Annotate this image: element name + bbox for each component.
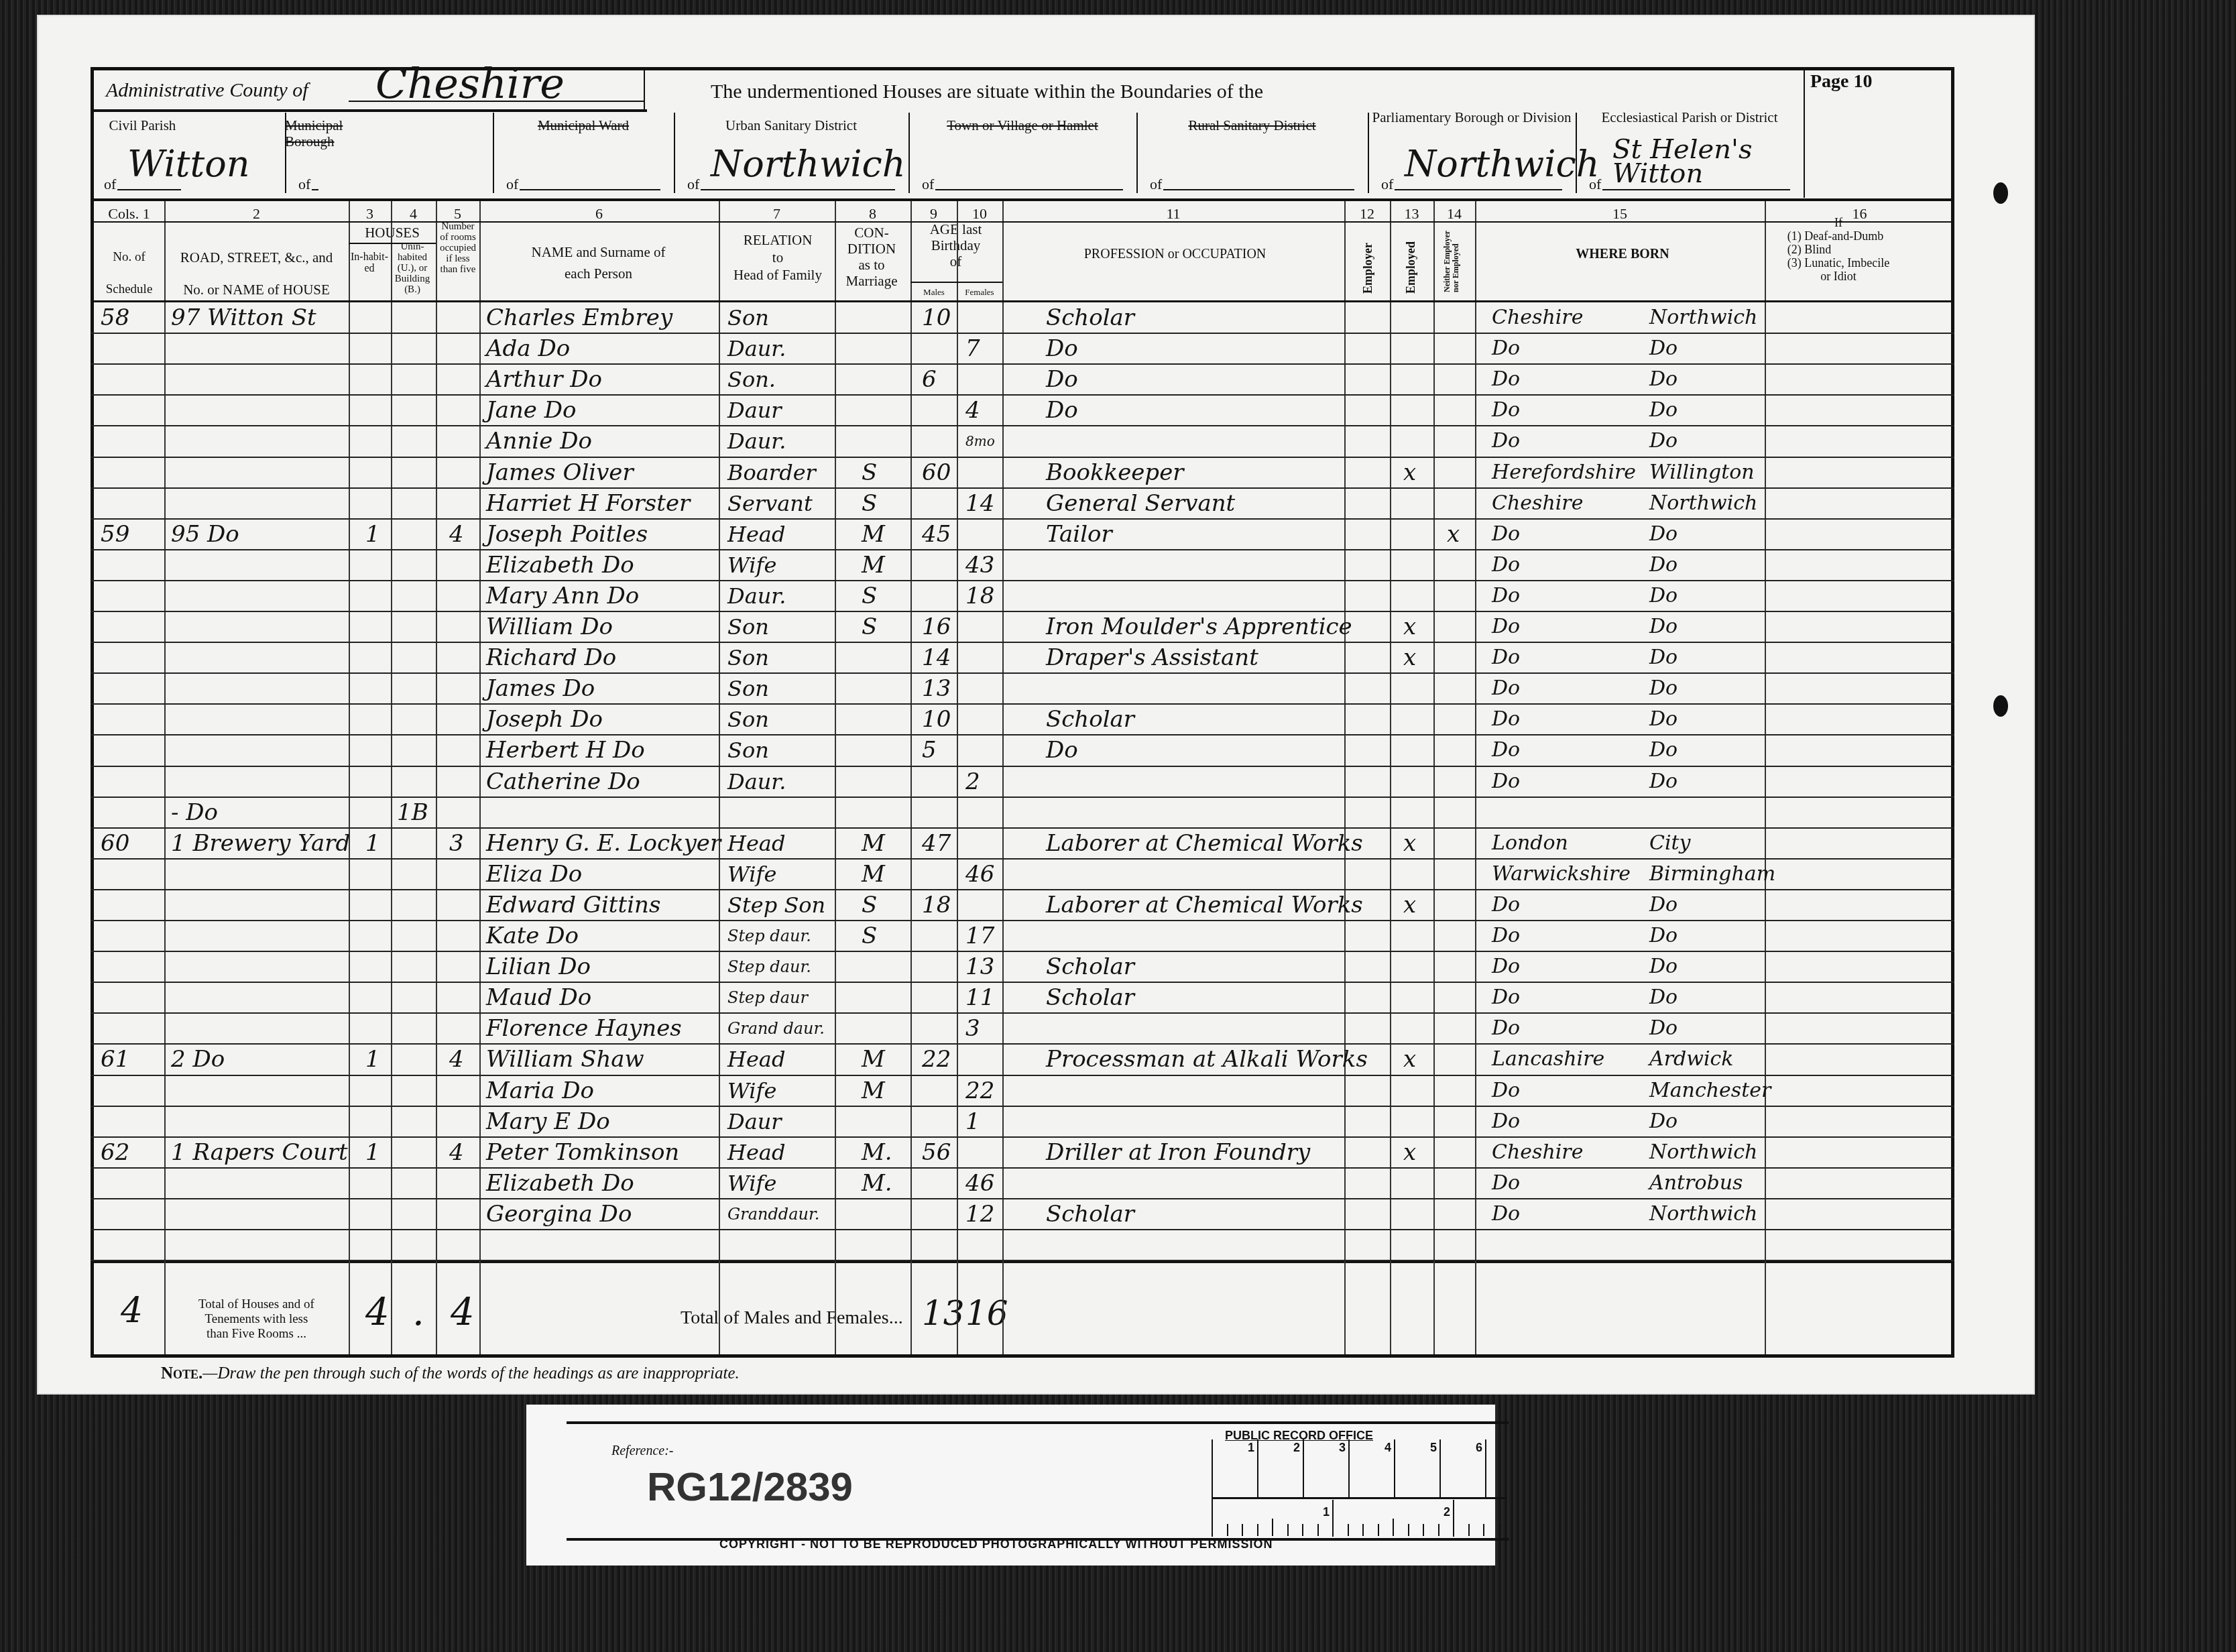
row-inhabited: 1 bbox=[365, 1046, 380, 1073]
district-label-5: Town or Village or Hamlet bbox=[908, 117, 1136, 133]
row-rule bbox=[91, 394, 1954, 396]
ruler-minor-tick bbox=[1227, 1524, 1228, 1536]
row-rule bbox=[91, 827, 1954, 829]
col-header-relation: RELATIONtoHead of Family bbox=[721, 231, 835, 284]
district-value-4: Northwich bbox=[711, 144, 905, 184]
col-num-6: 6 bbox=[479, 205, 719, 223]
col-header-employer: Employer bbox=[1361, 227, 1375, 294]
row-rule bbox=[91, 1260, 1954, 1261]
ruler-minor-tick bbox=[1257, 1524, 1258, 1536]
row-name: James Do bbox=[486, 675, 595, 702]
row-born-place: Do bbox=[1649, 397, 1678, 424]
district-of-label: of bbox=[506, 176, 518, 193]
row-relation: Daur. bbox=[727, 428, 786, 455]
row-relation: Daur bbox=[727, 397, 782, 424]
row-relation: Daur. bbox=[727, 583, 786, 609]
column-divider bbox=[719, 201, 720, 1354]
row-born-county: Do bbox=[1492, 335, 1520, 362]
row-born-place: Do bbox=[1649, 552, 1678, 579]
header-rule bbox=[91, 221, 1954, 223]
column-divider bbox=[1344, 201, 1346, 1354]
row-name: William Do bbox=[486, 613, 613, 640]
slip-copyright: COPYRIGHT - NOT TO BE REPRODUCED PHOTOGR… bbox=[719, 1537, 1273, 1551]
row-female-age: 7 bbox=[965, 335, 980, 362]
row-relation: Son bbox=[727, 675, 769, 702]
row-name: Richard Do bbox=[486, 644, 616, 671]
row-female-age: 18 bbox=[965, 583, 994, 609]
district-label-3: Municipal Ward bbox=[493, 117, 674, 133]
column-divider bbox=[349, 201, 350, 1354]
ruler-minor-tick bbox=[1317, 1524, 1319, 1536]
col-num-16: 16 bbox=[1765, 205, 1954, 223]
row-occupation: Do bbox=[1046, 366, 1078, 393]
column-divider bbox=[1433, 201, 1435, 1354]
row-condition: S bbox=[862, 490, 877, 517]
ruler-minor-tick bbox=[1332, 1519, 1334, 1536]
row-name: James Oliver bbox=[486, 459, 634, 486]
row-name: Harriet H Forster bbox=[486, 490, 690, 517]
col-header-males: Males bbox=[912, 284, 956, 300]
col-num-7: 7 bbox=[719, 205, 835, 223]
row-female-age: 12 bbox=[965, 1201, 994, 1228]
col-header-employed: Employed bbox=[1404, 227, 1418, 294]
age-rule bbox=[910, 282, 1002, 283]
row-neither: x bbox=[1447, 521, 1460, 548]
row-occupation: Processman at Alkali Works bbox=[1046, 1046, 1368, 1073]
total-houses-label: Total of Houses and of Tenements with le… bbox=[168, 1297, 345, 1342]
row-born-county: Do bbox=[1492, 521, 1520, 548]
row-born-place: Do bbox=[1649, 335, 1678, 362]
row-name: Charles Embrey bbox=[486, 304, 672, 331]
row-rule bbox=[91, 951, 1954, 952]
row-relation: Granddaur. bbox=[727, 1201, 819, 1228]
col-header-females: Females bbox=[957, 284, 1002, 300]
row-born-place: Do bbox=[1649, 923, 1678, 949]
column-divider bbox=[436, 201, 437, 1354]
column-divider bbox=[1765, 201, 1766, 1354]
col-num-9: 9 bbox=[910, 205, 957, 223]
row-born-place: Birmingham bbox=[1649, 861, 1775, 888]
col-num-8: 8 bbox=[835, 205, 910, 223]
row-relation: Daur. bbox=[727, 335, 786, 362]
row-occupation: Scholar bbox=[1046, 953, 1134, 980]
row-occupation: Driller at Iron Foundry bbox=[1046, 1139, 1310, 1166]
row-condition: M bbox=[862, 861, 885, 888]
district-value-7: Northwich bbox=[1405, 144, 1572, 184]
ruler-top-tick bbox=[1485, 1439, 1486, 1497]
column-divider bbox=[479, 201, 481, 1354]
row-name: Georgina Do bbox=[486, 1201, 632, 1228]
col-num-3: 3 bbox=[349, 205, 391, 223]
row-born-county: Do bbox=[1492, 1201, 1520, 1228]
row-condition: M bbox=[862, 521, 885, 548]
district-of-label: of bbox=[298, 176, 310, 193]
district-underline bbox=[1395, 189, 1562, 190]
row-male-age: 60 bbox=[922, 459, 951, 486]
row-relation: Step daur. bbox=[727, 923, 811, 949]
row-occupation: Scholar bbox=[1046, 304, 1134, 331]
col-num-11: 11 bbox=[1002, 205, 1344, 223]
row-rule bbox=[91, 734, 1954, 735]
total-schedules: 4 bbox=[121, 1291, 143, 1331]
header-bottom-rule bbox=[91, 300, 1954, 302]
row-born-place: Northwich bbox=[1649, 304, 1757, 331]
row-born-county: Do bbox=[1492, 366, 1520, 393]
col-num-1: Cols. 1 bbox=[94, 205, 164, 223]
district-of-label: of bbox=[922, 176, 934, 193]
district-divider bbox=[1804, 67, 1805, 198]
row-name: Lilian Do bbox=[486, 953, 591, 980]
row-born-county: Do bbox=[1492, 1077, 1520, 1104]
ruler-minor-tick bbox=[1408, 1524, 1409, 1536]
row-rule bbox=[91, 1167, 1954, 1169]
ruler-top-number: 6 bbox=[1476, 1441, 1482, 1455]
row-rule bbox=[91, 889, 1954, 890]
row-schedule: 60 bbox=[101, 830, 129, 857]
row-condition: M. bbox=[862, 1139, 892, 1166]
column-divider bbox=[164, 201, 166, 1354]
row-rooms: 4 bbox=[449, 1139, 464, 1166]
row-male-age: 22 bbox=[922, 1046, 951, 1073]
row-born-county: Do bbox=[1492, 552, 1520, 579]
row-born-county: Do bbox=[1492, 1108, 1520, 1135]
row-rule bbox=[91, 611, 1954, 612]
row-occupation: Do bbox=[1046, 335, 1078, 362]
district-of-label: of bbox=[1589, 176, 1601, 193]
row-born-place: Do bbox=[1649, 1015, 1678, 1042]
row-name: Catherine Do bbox=[486, 768, 640, 795]
row-relation: Step Son bbox=[727, 892, 825, 919]
district-of-label: of bbox=[1150, 176, 1162, 193]
row-relation: Son bbox=[727, 706, 769, 733]
row-rule bbox=[91, 1136, 1954, 1138]
row-employed: x bbox=[1403, 892, 1416, 919]
ruler-top-tick bbox=[1439, 1439, 1441, 1497]
column-divider bbox=[1002, 201, 1004, 1354]
row-address: 1 Brewery Yard bbox=[171, 830, 350, 857]
col-header-occupation: PROFESSION or OCCUPATION bbox=[1006, 246, 1344, 262]
row-name: Maud Do bbox=[486, 984, 591, 1011]
column-divider bbox=[910, 201, 912, 1354]
row-female-age: 13 bbox=[965, 953, 994, 980]
row-relation: Son bbox=[727, 304, 769, 331]
col-num-2: 2 bbox=[164, 205, 349, 223]
row-condition: S bbox=[862, 892, 877, 919]
row-condition: S bbox=[862, 459, 877, 486]
row-male-age: 5 bbox=[922, 737, 937, 764]
total-uninhabited: . bbox=[412, 1291, 424, 1334]
row-born-county: Do bbox=[1492, 1015, 1520, 1042]
row-occupation: Scholar bbox=[1046, 984, 1134, 1011]
row-born-county: Do bbox=[1492, 706, 1520, 733]
ruler-top-number: 2 bbox=[1293, 1441, 1300, 1455]
ruler-top-number: 4 bbox=[1385, 1441, 1391, 1455]
row-female-age: 22 bbox=[965, 1077, 994, 1104]
row-male-age: 47 bbox=[922, 830, 951, 857]
col-header-schedule: No. ofSchedule bbox=[94, 249, 164, 298]
col-header-condition: CON-DITIONas toMarriage bbox=[835, 225, 908, 289]
district-label-8: Ecclesiastical Parish or District bbox=[1576, 109, 1804, 125]
district-label-6: Rural Sanitary District bbox=[1136, 117, 1368, 133]
row-rule bbox=[91, 518, 1954, 520]
row-born-county: Do bbox=[1492, 923, 1520, 949]
row-born-place: Northwich bbox=[1649, 490, 1757, 517]
row-relation: Son. bbox=[727, 366, 776, 393]
row-address: 2 Do bbox=[171, 1046, 225, 1073]
ruler-minor-tick bbox=[1483, 1524, 1484, 1536]
ruler-divider bbox=[1212, 1497, 1507, 1499]
col-header-where-born: WHERE BORN bbox=[1482, 246, 1763, 262]
row-name: Ada Do bbox=[486, 335, 570, 362]
row-address: 95 Do bbox=[171, 521, 239, 548]
row-born-place: Northwich bbox=[1649, 1201, 1757, 1228]
row-employed: x bbox=[1403, 830, 1416, 857]
row-inhabited: 1 bbox=[365, 830, 380, 857]
total-persons-label: Total of Males and Females... bbox=[681, 1307, 903, 1329]
row-relation: Son bbox=[727, 737, 769, 764]
row-relation: Grand daur. bbox=[727, 1015, 825, 1042]
row-relation: Step daur bbox=[727, 984, 808, 1011]
row-schedule: 59 bbox=[101, 521, 129, 548]
row-female-age: 46 bbox=[965, 1170, 994, 1197]
col-header-infirmity: If(1) Deaf-and-Dumb(2) Blind(3) Lunatic,… bbox=[1765, 216, 1912, 283]
row-rule bbox=[91, 363, 1954, 365]
row-condition: M bbox=[862, 830, 885, 857]
row-born-county: Warwickshire bbox=[1492, 861, 1631, 888]
row-born-county: Do bbox=[1492, 737, 1520, 764]
row-born-place: Ardwick bbox=[1649, 1046, 1733, 1073]
slip-reference-code: RG12/2839 bbox=[647, 1464, 853, 1510]
row-occupation: Laborer at Chemical Works bbox=[1046, 830, 1363, 857]
row-female-age: 46 bbox=[965, 861, 994, 888]
ruler-top-tick bbox=[1394, 1439, 1395, 1497]
row-name: Maria Do bbox=[486, 1077, 594, 1104]
row-born-place: Antrobus bbox=[1649, 1170, 1743, 1197]
row-born-place: Do bbox=[1649, 583, 1678, 609]
row-condition: M bbox=[862, 552, 885, 579]
row-occupation: Scholar bbox=[1046, 1201, 1134, 1228]
row-rule bbox=[91, 766, 1954, 767]
row-born-county: Do bbox=[1492, 644, 1520, 671]
row-condition: S bbox=[862, 583, 877, 609]
row-name: Annie Do bbox=[486, 428, 592, 455]
ruler-bottom-number: 1 bbox=[1323, 1505, 1330, 1519]
row-condition: M bbox=[862, 1077, 885, 1104]
row-inhabited: 1 bbox=[365, 1139, 380, 1166]
row-born-place: Do bbox=[1649, 675, 1678, 702]
row-relation: Head bbox=[727, 1046, 785, 1073]
row-born-county: Do bbox=[1492, 675, 1520, 702]
row-employed: x bbox=[1403, 1139, 1416, 1166]
row-female-age: 17 bbox=[965, 923, 994, 949]
row-relation: Servant bbox=[727, 490, 813, 517]
row-name: Kate Do bbox=[486, 923, 579, 949]
row-relation: Son bbox=[727, 644, 769, 671]
district-value-8: St Helen's Witton bbox=[1612, 137, 1800, 186]
row-uninhabited: 1B bbox=[397, 799, 428, 826]
ruler-minor-tick bbox=[1453, 1519, 1454, 1536]
row-rule bbox=[91, 672, 1954, 674]
column-divider bbox=[835, 201, 836, 1354]
district-underline bbox=[701, 189, 895, 190]
row-born-county: Do bbox=[1492, 428, 1520, 455]
row-rule bbox=[91, 549, 1954, 550]
row-occupation: Iron Moulder's Apprentice bbox=[1046, 613, 1352, 640]
row-name: Elizabeth Do bbox=[486, 552, 634, 579]
row-employed: x bbox=[1403, 613, 1416, 640]
row-female-age: 2 bbox=[965, 768, 980, 795]
row-schedule: 58 bbox=[101, 304, 129, 331]
row-born-county: Do bbox=[1492, 613, 1520, 640]
row-relation: Wife bbox=[727, 552, 776, 579]
row-male-age: 13 bbox=[922, 675, 951, 702]
row-inhabited: 1 bbox=[365, 521, 380, 548]
ruler-minor-tick bbox=[1468, 1524, 1470, 1536]
row-female-age: 14 bbox=[965, 490, 994, 517]
col-header-address: ROAD, STREET, &c., andNo. or NAME of HOU… bbox=[164, 249, 349, 298]
ruler-minor-tick bbox=[1348, 1524, 1349, 1536]
district-of-label: of bbox=[687, 176, 699, 193]
total-inhabited: 4 bbox=[365, 1291, 390, 1334]
row-rule bbox=[91, 1043, 1954, 1045]
slip-reference-label: Reference:- bbox=[611, 1443, 674, 1459]
row-born-county: Cheshire bbox=[1492, 490, 1583, 517]
row-born-place: Do bbox=[1649, 521, 1678, 548]
row-born-county: Do bbox=[1492, 397, 1520, 424]
row-rule bbox=[91, 1229, 1954, 1230]
row-name: Peter Tomkinson bbox=[486, 1139, 679, 1166]
admin-county-label: Administrative County of bbox=[106, 79, 308, 102]
column-divider bbox=[1390, 201, 1391, 1354]
ruler-top-number: 3 bbox=[1339, 1441, 1346, 1455]
row-born-place: Do bbox=[1649, 768, 1678, 795]
row-rooms: 4 bbox=[449, 1046, 464, 1073]
col-num-10: 10 bbox=[957, 205, 1002, 223]
district-of-label: of bbox=[1381, 176, 1393, 193]
district-underline bbox=[117, 189, 181, 190]
column-divider bbox=[391, 201, 392, 1354]
row-born-place: Do bbox=[1649, 644, 1678, 671]
row-occupation: Do bbox=[1046, 397, 1078, 424]
row-address: 1 Rapers Court bbox=[171, 1139, 348, 1166]
district-underline bbox=[312, 189, 318, 190]
row-born-county: Lancashire bbox=[1492, 1046, 1604, 1073]
row-name: Eliza Do bbox=[486, 861, 582, 888]
col-header-rooms: Number of rooms occupied if less than fi… bbox=[437, 221, 479, 275]
row-employed: x bbox=[1403, 1046, 1416, 1073]
row-occupation: Scholar bbox=[1046, 706, 1134, 733]
row-address: - Do bbox=[171, 799, 218, 826]
col-num-14: 14 bbox=[1433, 205, 1475, 223]
row-name: Joseph Poitles bbox=[486, 521, 648, 548]
row-employed: x bbox=[1403, 459, 1416, 486]
row-rule bbox=[91, 457, 1954, 458]
row-name: Arthur Do bbox=[486, 366, 602, 393]
row-rule bbox=[91, 796, 1954, 798]
col-num-12: 12 bbox=[1344, 205, 1390, 223]
row-born-county: London bbox=[1492, 830, 1568, 857]
district-underline bbox=[1163, 189, 1354, 190]
col-header-name: NAME and Surname ofeach Person bbox=[479, 241, 717, 284]
row-condition: M bbox=[862, 1046, 885, 1073]
ruler-minor-tick bbox=[1498, 1524, 1500, 1536]
row-rule bbox=[91, 425, 1954, 426]
row-rule bbox=[91, 920, 1954, 921]
col-header-age: AGE lastBirthdayof bbox=[910, 221, 1001, 270]
col-header-neither: Neither Employer nor Employed bbox=[1443, 225, 1460, 292]
row-condition: S bbox=[862, 613, 877, 640]
ruler-minor-tick bbox=[1242, 1524, 1243, 1536]
row-rule bbox=[91, 333, 1954, 334]
ruler-top-tick bbox=[1257, 1439, 1258, 1497]
row-name: Florence Haynes bbox=[486, 1015, 682, 1042]
punch-hole bbox=[1993, 695, 2008, 717]
ruler-minor-tick bbox=[1287, 1524, 1289, 1536]
row-born-place: Do bbox=[1649, 613, 1678, 640]
page-number: Page 10 bbox=[1810, 71, 1873, 93]
row-female-age: 3 bbox=[965, 1015, 980, 1042]
row-relation: Head bbox=[727, 1139, 785, 1166]
row-relation: Wife bbox=[727, 1077, 776, 1104]
row-rule bbox=[91, 858, 1954, 860]
row-born-county: Do bbox=[1492, 583, 1520, 609]
row-male-age: 10 bbox=[922, 304, 951, 331]
ruler-minor-tick bbox=[1393, 1519, 1394, 1536]
column-divider bbox=[1475, 201, 1476, 1354]
col-num-4: 4 bbox=[391, 205, 436, 223]
row-rule bbox=[91, 1198, 1954, 1199]
row-name: Henry G. E. Lockyer bbox=[486, 830, 721, 857]
row-female-age: 1 bbox=[965, 1108, 980, 1135]
district-value-1: Witton bbox=[127, 144, 191, 184]
row-rule bbox=[91, 982, 1954, 983]
row-born-place: Do bbox=[1649, 428, 1678, 455]
intro-text: The undermentioned Houses are situate wi… bbox=[711, 80, 1263, 103]
col-num-13: 13 bbox=[1390, 205, 1433, 223]
row-name: Edward Gittins bbox=[486, 892, 660, 919]
row-name: Mary E Do bbox=[486, 1108, 610, 1135]
ruler-top-number: 5 bbox=[1430, 1441, 1437, 1455]
total-males: 13 bbox=[922, 1294, 965, 1333]
row-born-county: Cheshire bbox=[1492, 304, 1583, 331]
footnote: Note.—Draw the pen through such of the w… bbox=[161, 1364, 740, 1383]
row-relation: Daur bbox=[727, 1108, 782, 1135]
row-rule bbox=[91, 1075, 1954, 1076]
row-born-county: Cheshire bbox=[1492, 1139, 1583, 1166]
row-born-place: Do bbox=[1649, 366, 1678, 393]
col-header-inhabited: In-habit-ed bbox=[350, 251, 389, 274]
row-rooms: 3 bbox=[449, 830, 464, 857]
district-label-2: Municipal Borough bbox=[285, 117, 332, 150]
row-name: William Shaw bbox=[486, 1046, 644, 1073]
row-name: Jane Do bbox=[486, 397, 576, 424]
ruler-top-tick bbox=[1348, 1439, 1350, 1497]
row-born-county: Do bbox=[1492, 953, 1520, 980]
row-schedule: 62 bbox=[101, 1139, 129, 1166]
district-label-7: Parliamentary Borough or Division bbox=[1368, 109, 1576, 125]
row-born-place: Do bbox=[1649, 706, 1678, 733]
row-born-place: Northwich bbox=[1649, 1139, 1757, 1166]
row-rule bbox=[91, 1106, 1954, 1107]
row-born-place: City bbox=[1649, 830, 1691, 857]
row-born-county: Herefordshire bbox=[1492, 459, 1636, 486]
row-rule bbox=[91, 703, 1954, 705]
reference-slip: PUBLIC RECORD OFFICE Reference:- RG12/28… bbox=[526, 1405, 1495, 1566]
ruler-bottom-number: 2 bbox=[1444, 1505, 1450, 1519]
ruler-minor-tick bbox=[1302, 1524, 1303, 1536]
row-relation: Step daur. bbox=[727, 953, 811, 980]
row-condition: M. bbox=[862, 1170, 892, 1197]
